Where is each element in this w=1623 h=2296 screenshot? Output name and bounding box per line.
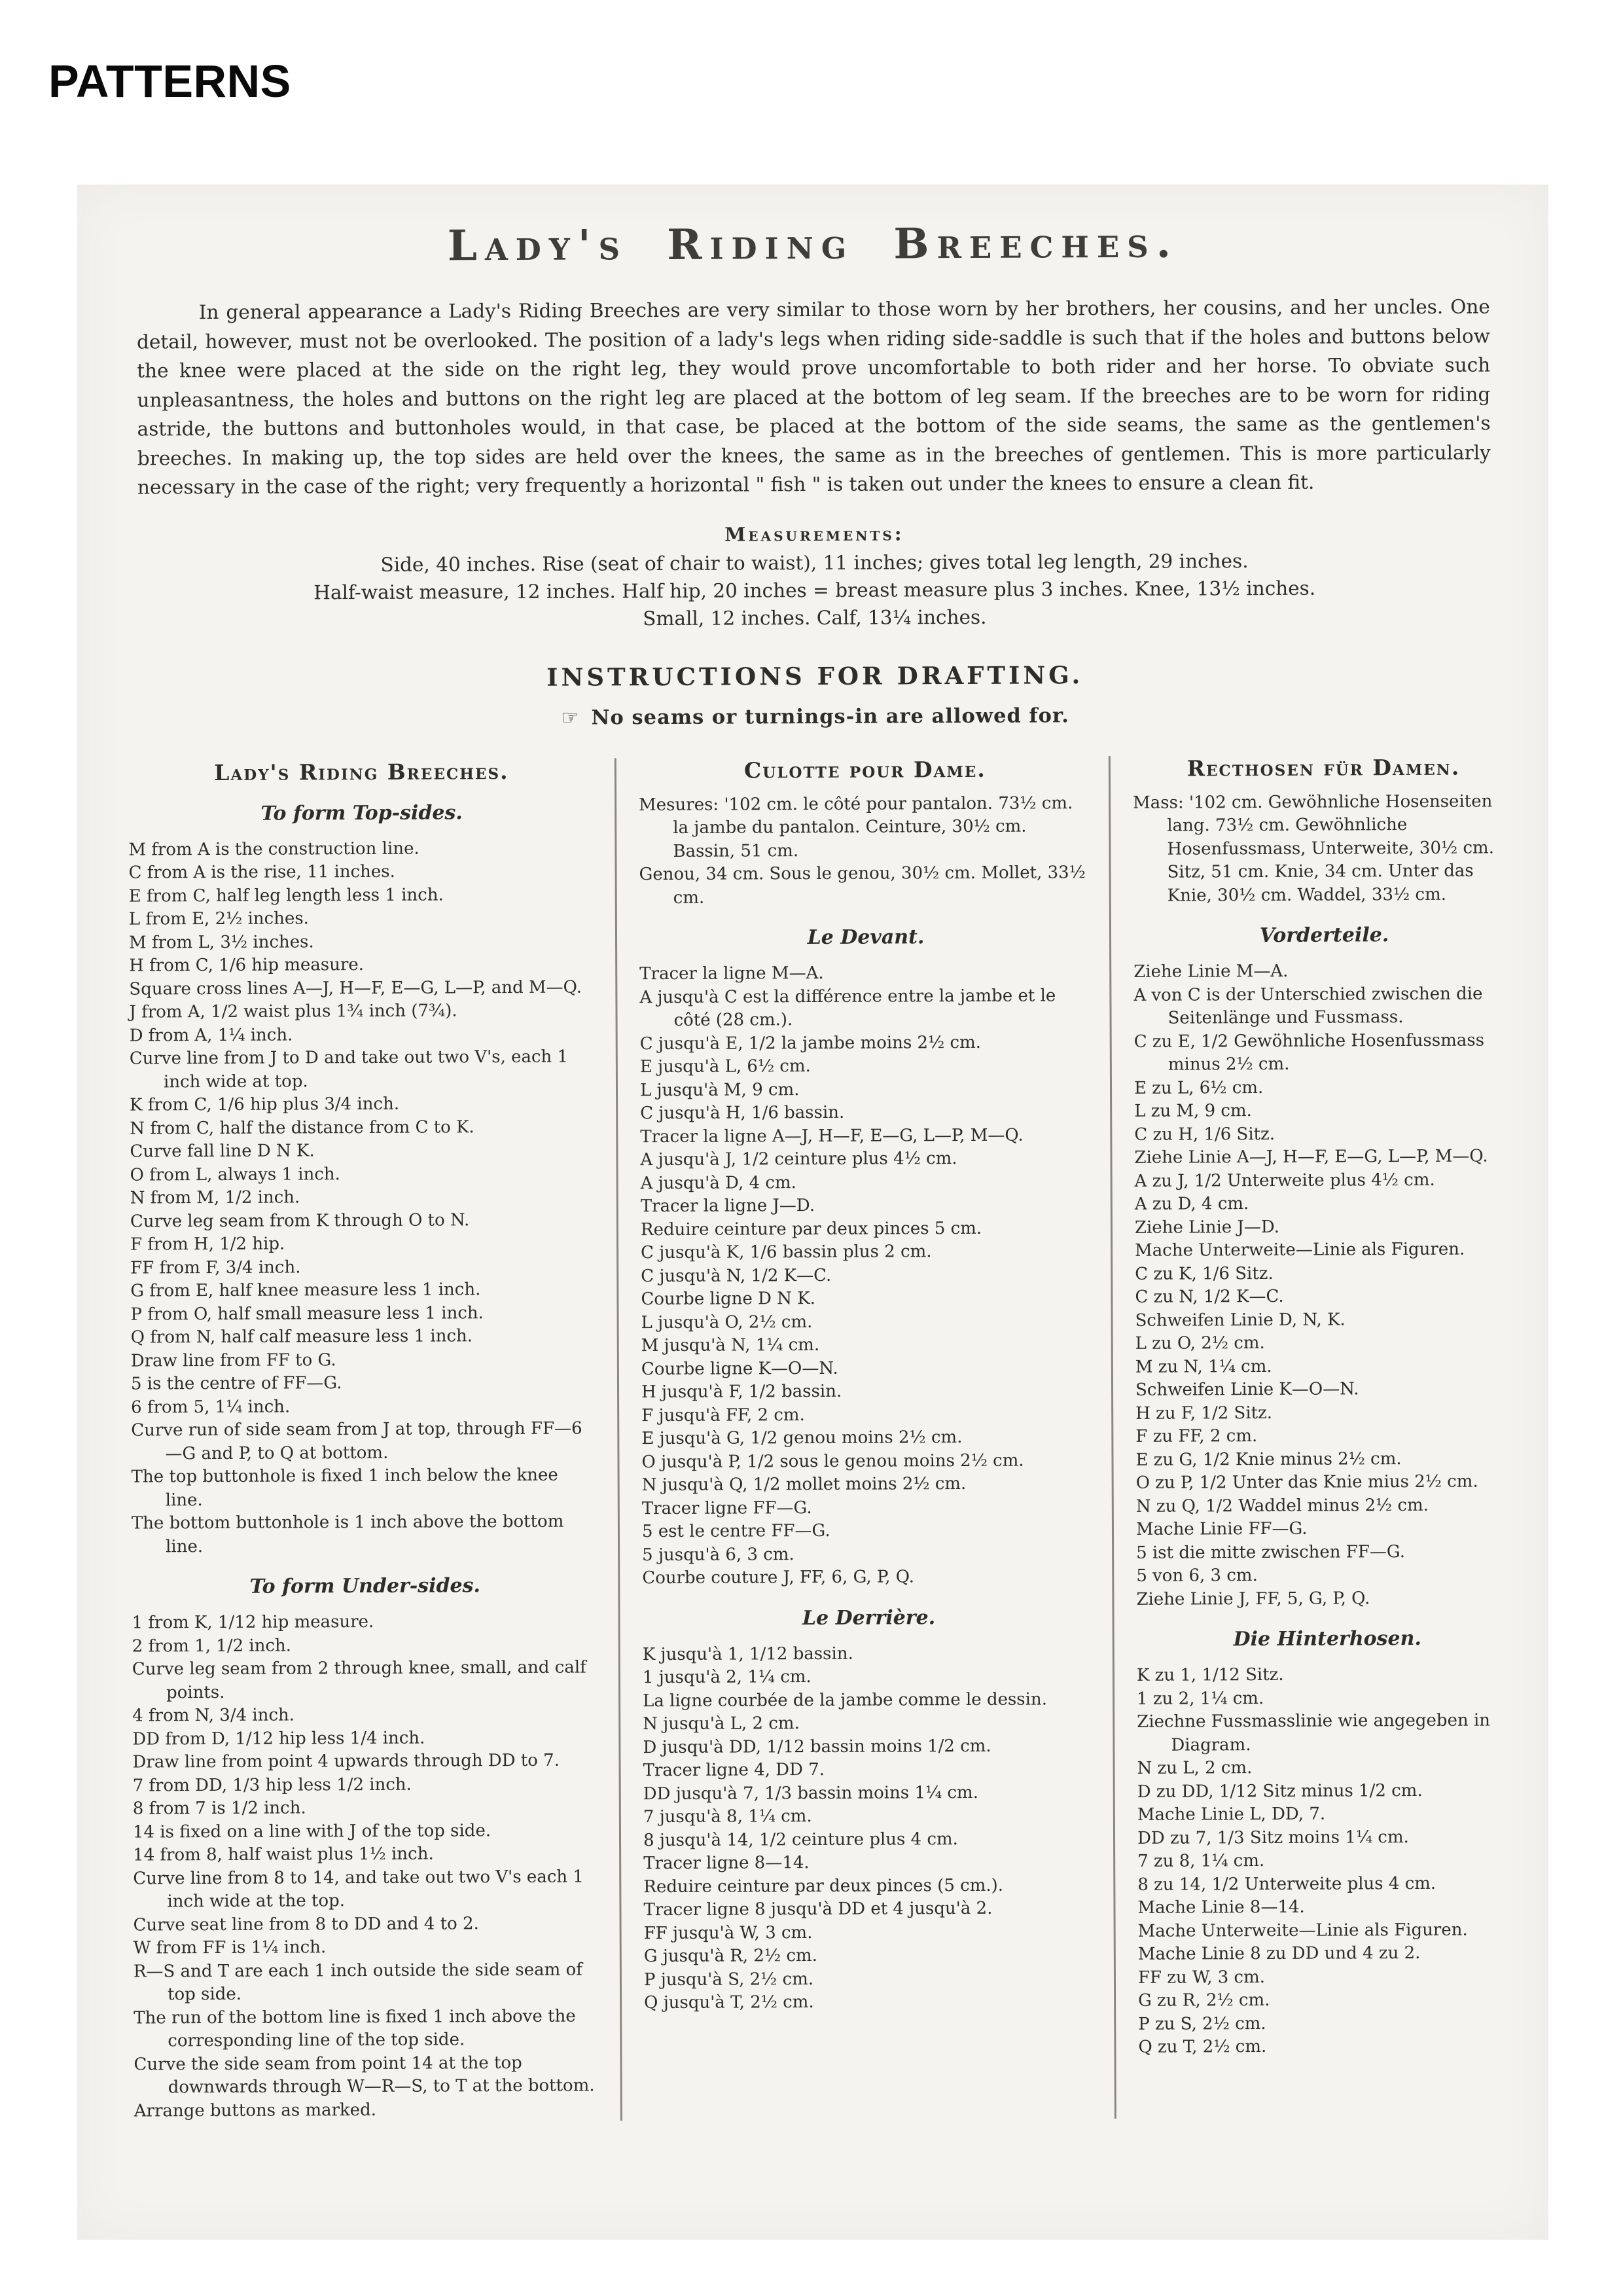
instruction-line: Curve line from J to D and take out two … (130, 1045, 596, 1094)
instruction-line: A zu D, 4 cm. (1135, 1191, 1516, 1216)
instruction-line: Q zu T, 2½ cm. (1138, 2034, 1520, 2059)
instruction-line: 6 from 5, 1¼ inch. (131, 1394, 597, 1420)
instruction-line: DD jusqu'à 7, 1/3 bassin moins 1¼ cm. (643, 1781, 1096, 1806)
instruction-line: 5 jusqu'à 6, 3 cm. (642, 1542, 1095, 1568)
instruction-line: N zu Q, 1/2 Waddel minus 2½ cm. (1136, 1494, 1518, 1518)
instruction-line: E jusqu'à L, 6½ cm. (640, 1054, 1093, 1079)
instruction-line: Courbe ligne D N K. (641, 1286, 1094, 1312)
instruction-line: 5 von 6, 3 cm. (1136, 1563, 1518, 1588)
instruction-line: 14 is fixed on a line with J of the top … (133, 1819, 599, 1844)
drafting-note-text: No seams or turnings-in are allowed for. (592, 704, 1069, 729)
instruction-line: Tracer la ligne A—J, H—F, E—G, L—P, M—Q. (640, 1124, 1093, 1149)
instruction-line: L jusqu'à M, 9 cm. (640, 1077, 1093, 1103)
instruction-line: R—S and T are each 1 inch outside the si… (134, 1958, 600, 2007)
instruction-line: Curve run of side seam from J at top, th… (131, 1417, 597, 1465)
instruction-line: Curve seat line from 8 to DD and 4 to 2. (134, 1912, 600, 1937)
instruction-line: Mache Linie L, DD, 7. (1137, 1802, 1519, 1827)
instruction-line: Curve line from 8 to 14, and take out tw… (133, 1865, 599, 1914)
instruction-line: DD from D, 1/12 hip less 1/4 inch. (132, 1726, 599, 1751)
instruction-line: C zu E, 1/2 Gewöhnliche Hosenfussmass mi… (1134, 1029, 1516, 1077)
instruction-line: K zu 1, 1/12 Sitz. (1137, 1662, 1518, 1687)
instruction-line: C zu N, 1/2 K—C. (1135, 1284, 1516, 1309)
instruction-line: O from L, always 1 inch. (130, 1162, 597, 1187)
instruction-line: C jusqu'à K, 1/6 bassin plus 2 cm. (641, 1240, 1094, 1265)
instruction-line: Mache Unterweite—Linie als Figuren. (1135, 1238, 1516, 1263)
measurements-list: Side, 40 inches. Rise (seat of chair to … (79, 546, 1548, 635)
page-title: PATTERNS (48, 55, 291, 107)
instruction-line: C jusqu'à N, 1/2 K—C. (641, 1263, 1094, 1289)
instruction-line: The run of the bottom line is fixed 1 in… (134, 2005, 600, 2053)
section-lines: M from A is the construction line.C from… (128, 836, 598, 1559)
measurements-heading: Measurements: (79, 520, 1548, 548)
instruction-line: C zu K, 1/6 Sitz. (1135, 1261, 1516, 1286)
instruction-line: 8 zu 14, 1/2 Unterweite plus 4 cm. (1137, 1872, 1519, 1897)
instruction-line: Courbe ligne K—O—N. (641, 1356, 1094, 1382)
instruction-line: A zu J, 1/2 Unterweite plus 4½ cm. (1135, 1168, 1516, 1193)
instruction-line: 14 from 8, half waist plus 1½ inch. (133, 1842, 599, 1867)
instruction-line: P zu S, 2½ cm. (1138, 2011, 1520, 2036)
instruction-line: G zu R, 2½ cm. (1138, 1988, 1520, 2013)
instruction-line: A von C is der Unterschied zwischen die … (1133, 982, 1515, 1031)
document-title: Lady's Riding Breeches. (77, 217, 1548, 272)
section-subtitle: Vorderteile. (1133, 923, 1515, 948)
instruction-line: FF from F, 3/4 inch. (130, 1255, 597, 1280)
intro-paragraph: In general appearance a Lady's Riding Br… (137, 292, 1491, 502)
instruction-line: E zu G, 1/2 Knie minus 2½ cm. (1135, 1447, 1517, 1472)
instruction-line: Ziehe Linie J—D. (1135, 1215, 1516, 1240)
instruction-line: A jusqu'à C est la différence entre la j… (639, 984, 1092, 1033)
scan-content: Lady's Riding Breeches. In general appea… (77, 185, 1548, 2123)
instruction-line: H from C, 1/6 hip measure. (129, 952, 596, 978)
instruction-line: N from C, half the distance from C to K. (130, 1115, 596, 1141)
instruction-line: L zu M, 9 cm. (1134, 1098, 1516, 1123)
instruction-line: E from C, half leg length less 1 inch. (129, 883, 596, 908)
instruction-line: N from M, 1/2 inch. (130, 1185, 597, 1210)
instruction-line: The top buttonhole is fixed 1 inch below… (132, 1463, 598, 1512)
section-subtitle: To form Top-sides. (128, 800, 595, 825)
instruction-line: F jusqu'à FF, 2 cm. (641, 1403, 1094, 1428)
instruction-line: F zu FF, 2 cm. (1135, 1424, 1517, 1448)
instruction-line: Mache Linie 8 zu DD und 4 zu 2. (1138, 1941, 1520, 1966)
instruction-line: D zu DD, 1/12 Sitz minus 1/2 cm. (1137, 1779, 1519, 1804)
instruction-line: Ziehe Linie J, FF, 5, G, P, Q. (1136, 1587, 1518, 1611)
instruction-line: Reduire ceinture par deux pinces 5 cm. (641, 1217, 1094, 1242)
instruction-line: A jusqu'à J, 1/2 ceinture plus 4½ cm. (640, 1147, 1093, 1172)
section-lines: 1 from K, 1/12 hip measure.2 from 1, 1/2… (132, 1609, 601, 2123)
instruction-line: Courbe couture J, FF, 6, G, P, Q. (642, 1565, 1095, 1590)
instruction-line: Tracer ligne 8—14. (643, 1850, 1096, 1876)
instruction-line: N jusqu'à Q, 1/2 mollet moins 2½ cm. (642, 1472, 1095, 1498)
measure-line: Genou, 34 cm. Sous le genou, 30½ cm. Mol… (639, 861, 1092, 910)
column-title: Lady's Riding Breeches. (128, 758, 595, 785)
instruction-line: Draw line from FF to G. (131, 1348, 597, 1373)
instruction-line: D jusqu'à DD, 1/12 bassin moins 1/2 cm. (643, 1734, 1096, 1760)
instruction-line: P from O, half small measure less 1 inch… (130, 1301, 597, 1327)
instruction-line: Mache Unterweite—Linie als Figuren. (1138, 1918, 1520, 1943)
section-lines: Tracer la ligne M—A.A jusqu'à C est la d… (639, 961, 1095, 1590)
instruction-line: 4 from N, 3/4 inch. (132, 1702, 599, 1728)
instruction-line: O zu P, 1/2 Unter das Knie mius 2½ cm. (1136, 1470, 1518, 1495)
instruction-line: 5 ist die mitte zwischen FF—G. (1136, 1540, 1518, 1565)
instruction-line: Mache Linie FF—G. (1136, 1516, 1518, 1541)
instruction-line: K jusqu'à 1, 1/12 bassin. (643, 1641, 1096, 1667)
instruction-line: The bottom buttonhole is 1 inch above th… (132, 1510, 598, 1558)
instruction-line: FF jusqu'à W, 3 cm. (644, 1920, 1097, 1946)
instruction-line: M from A is the construction line. (128, 836, 595, 862)
instruction-line: Curve leg seam from 2 through knee, smal… (132, 1656, 599, 1704)
section-lines: Ziehe Linie M—A.A von C is der Unterschi… (1133, 959, 1518, 1611)
instruction-line: W from FF is 1¼ inch. (134, 1935, 600, 1960)
instruction-line: C jusqu'à E, 1/2 la jambe moins 2½ cm. (640, 1031, 1093, 1056)
column-german: Recthosen für Damen. Mass: '102 cm. Gewö… (1109, 754, 1527, 2119)
instruction-line: 1 zu 2, 1¼ cm. (1137, 1686, 1518, 1711)
instruction-line: 8 jusqu'à 14, 1/2 ceinture plus 4 cm. (643, 1827, 1096, 1853)
instruction-line: E jusqu'à G, 1/2 genou moins 2½ cm. (641, 1426, 1094, 1451)
column-french: Culotte pour Dame. Mesures: '102 cm. le … (615, 756, 1115, 2121)
instruction-line: M jusqu'à N, 1¼ cm. (641, 1333, 1094, 1358)
instruction-line: 7 zu 8, 1¼ cm. (1137, 1848, 1519, 1873)
instruction-line: Mache Linie 8—14. (1137, 1895, 1519, 1920)
instruction-line: La ligne courbée de la jambe comme le de… (643, 1688, 1096, 1713)
measurement-line: Small, 12 inches. Calf, 13¼ inches. (79, 601, 1548, 635)
instruction-line: G from E, half knee measure less 1 inch. (130, 1278, 597, 1303)
instruction-line: Reduire ceinture par deux pinces (5 cm.)… (643, 1874, 1096, 1899)
instruction-line: Q from N, half calf measure less 1 inch. (131, 1324, 597, 1350)
section-subtitle: Le Derrière. (642, 1605, 1095, 1630)
instruction-line: 1 from K, 1/12 hip measure. (132, 1609, 599, 1635)
instruction-line: C from A is the rise, 11 inches. (129, 859, 596, 885)
instruction-line: Curve the side seam from point 14 at the… (134, 2051, 600, 2100)
instruction-line: D from A, 1¼ inch. (130, 1022, 596, 1048)
instruction-line: J from A, 1/2 waist plus 1¾ inch (7¾). (129, 999, 596, 1024)
instruction-line: Q jusqu'à T, 2½ cm. (644, 1990, 1097, 2015)
instruction-line: 5 est le centre FF—G. (642, 1518, 1095, 1544)
instruction-line: M from L, 3½ inches. (129, 929, 596, 955)
instruction-line: Tracer ligne FF—G. (642, 1496, 1095, 1521)
instruction-line: Tracer ligne 8 jusqu'à DD et 4 jusqu'à 2… (643, 1897, 1096, 1922)
instruction-line: F from H, 1/2 hip. (130, 1231, 597, 1257)
instruction-line: N zu L, 2 cm. (1137, 1755, 1518, 1780)
column-title: Recthosen für Damen. (1133, 754, 1514, 781)
instruction-line: FF zu W, 3 cm. (1138, 1965, 1520, 1990)
section-subtitle: Le Devant. (639, 925, 1092, 950)
instruction-line: Ziehe Linie A—J, H—F, E—G, L—P, M—Q. (1134, 1145, 1516, 1170)
instruction-line: DD zu 7, 1/3 Sitz moins 1¼ cm. (1137, 1825, 1519, 1850)
instruction-line: H jusqu'à F, 1/2 bassin. (641, 1379, 1094, 1405)
section-subtitle: Die Hinterhosen. (1137, 1626, 1518, 1651)
column-measures: Mass: '102 cm. Gewöhnliche Hosenseiten l… (1133, 790, 1515, 908)
instruction-line: C jusqu'à H, 1/6 bassin. (640, 1100, 1093, 1126)
instruction-line: O jusqu'à P, 1/2 sous le genou moins 2½ … (641, 1449, 1094, 1475)
instruction-line: Curve leg seam from K through O to N. (130, 1208, 597, 1234)
instruction-line: 8 from 7 is 1/2 inch. (133, 1795, 599, 1821)
instruction-line: 7 from DD, 1/3 hip less 1/2 inch. (133, 1772, 599, 1798)
section-subtitle: To form Under-sides. (132, 1573, 598, 1598)
column-english: Lady's Riding Breeches. To form Top-side… (122, 758, 620, 2123)
instruction-line: 2 from 1, 1/2 inch. (132, 1633, 599, 1659)
instruction-line: Tracer la ligne J—D. (641, 1193, 1094, 1219)
section-lines: K zu 1, 1/12 Sitz.1 zu 2, 1¼ cm.Ziechne … (1137, 1662, 1520, 2059)
instruction-line: 7 jusqu'à 8, 1¼ cm. (643, 1804, 1096, 1829)
instruction-line: N jusqu'à L, 2 cm. (643, 1711, 1096, 1736)
scanned-document: Lady's Riding Breeches. In general appea… (77, 185, 1548, 2240)
instruction-line: L zu O, 2½ cm. (1135, 1331, 1517, 1355)
instruction-line: P jusqu'à S, 2½ cm. (644, 1967, 1097, 1992)
instruction-line: M zu N, 1¼ cm. (1135, 1354, 1517, 1379)
page: PATTERNS Lady's Riding Breeches. In gene… (0, 0, 1623, 2296)
instruction-line: Draw line from point 4 upwards through D… (132, 1749, 599, 1774)
instruction-line: E zu L, 6½ cm. (1134, 1075, 1516, 1100)
instruction-line: 1 jusqu'à 2, 1¼ cm. (643, 1664, 1096, 1690)
measure-line: Mass: '102 cm. Gewöhnliche Hosenseiten l… (1133, 790, 1515, 908)
instruction-line: Square cross lines A—J, H—F, E—G, L—P, a… (129, 976, 596, 1001)
section-lines: K jusqu'à 1, 1/12 bassin.1 jusqu'à 2, 1¼… (643, 1641, 1097, 2015)
pointing-hand-icon: ☞ (561, 706, 579, 729)
drafting-note: ☞No seams or turnings-in are allowed for… (79, 702, 1548, 732)
instruction-line: A jusqu'à D, 4 cm. (641, 1170, 1094, 1196)
instruction-line: L jusqu'à O, 2½ cm. (641, 1310, 1094, 1335)
instruction-line: K from C, 1/6 hip plus 3/4 inch. (130, 1092, 596, 1117)
instruction-columns: Lady's Riding Breeches. To form Top-side… (122, 754, 1527, 2123)
instruction-line: L from E, 2½ inches. (129, 906, 596, 931)
column-title: Culotte pour Dame. (639, 756, 1092, 783)
instruction-line: G jusqu'à R, 2½ cm. (644, 1943, 1097, 1969)
instruction-line: H zu F, 1/2 Sitz. (1135, 1401, 1517, 1426)
instruction-line: Arrange buttons as marked. (134, 2098, 601, 2123)
instruction-line: 5 is the centre of FF—G. (131, 1371, 597, 1396)
instruction-line: Ziehe Linie M—A. (1133, 959, 1515, 984)
column-measures: Mesures: '102 cm. le côté pour pantalon.… (639, 792, 1092, 910)
instruction-line: Tracer la ligne M—A. (639, 961, 1092, 986)
instruction-line: Ziechne Fussmasslinie wie angegeben in D… (1137, 1709, 1518, 1757)
instruction-line: Schweifen Linie K—O—N. (1135, 1377, 1517, 1402)
measure-line: Mesures: '102 cm. le côté pour pantalon.… (639, 792, 1092, 864)
drafting-heading: INSTRUCTIONS FOR DRAFTING. (79, 658, 1548, 694)
instruction-line: Schweifen Linie D, N, K. (1135, 1308, 1517, 1333)
instruction-line: C zu H, 1/6 Sitz. (1134, 1122, 1516, 1147)
instruction-line: Curve fall line D N K. (130, 1138, 596, 1164)
instruction-line: Tracer ligne 4, DD 7. (643, 1757, 1096, 1783)
